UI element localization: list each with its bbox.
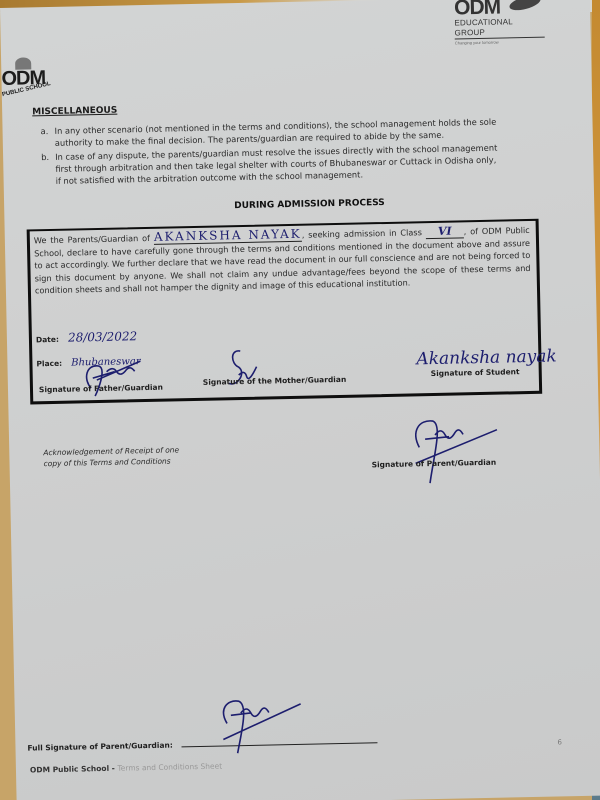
odm-public-school-logo: ODM PUBLIC SCHOOL [1,57,44,94]
parent-signature-scribble [405,416,502,488]
full-signature-label: Full Signature of Parent/Guardian: [27,741,173,753]
section-heading-miscellaneous: MISCELLANEOUS [32,106,117,118]
declaration-text: We the Parents/Guardian of AKANKSHA NAYA… [34,223,531,296]
date-value[interactable]: 28/03/2022 [68,329,137,344]
declaration-mid: , seeking admission in Class [302,227,422,240]
class-field[interactable]: VI [426,225,464,239]
odm-educational-group-logo: ODM EDUCATIONAL GROUP Changing your tomo… [454,0,545,45]
logo-tagline: Changing your tomorrow [455,39,545,46]
date-label: Date: [36,335,59,344]
document-page: ODM PUBLIC SCHOOL ODM EDUCATIONAL GROUP … [0,0,600,800]
acknowledgement-text: Acknowledgement of Receipt of one copy o… [43,444,179,469]
clause-letter: b. [41,151,49,163]
clause-letter: a. [40,125,48,137]
student-signature-label: Signature of Student [431,367,520,378]
declaration-prefix: We the Parents/Guardian of [34,233,150,245]
admission-declaration-box: We the Parents/Guardian of AKANKSHA NAYA… [27,219,543,405]
footer: ODM Public School - Terms and Conditions… [30,762,222,775]
page-number: 6 [557,738,562,746]
declaration-suffix: , of [464,226,479,236]
logo-subtitle-right: EDUCATIONAL GROUP [454,17,544,40]
student-name-value: AKANKSHA NAYAK [154,227,302,244]
class-value: VI [438,225,452,238]
date-row: Date: 28/03/2022 [36,325,138,346]
place-label: Place: [36,359,62,369]
full-signature-value: Nayak [248,697,251,698]
admission-section-title: DURING ADMISSION PROCESS [234,198,385,211]
footer-school: ODM Public School - [30,764,118,775]
student-signature-value: Akanksha nayak [416,346,557,369]
acknowledgement-line: copy of this Terms and Conditions [43,455,179,469]
full-signature-scribble [214,696,305,758]
footer-doc-title: Terms and Conditions Sheet [117,762,222,773]
mother-signature-label: Signature of the Mother/Guardian [203,375,347,387]
